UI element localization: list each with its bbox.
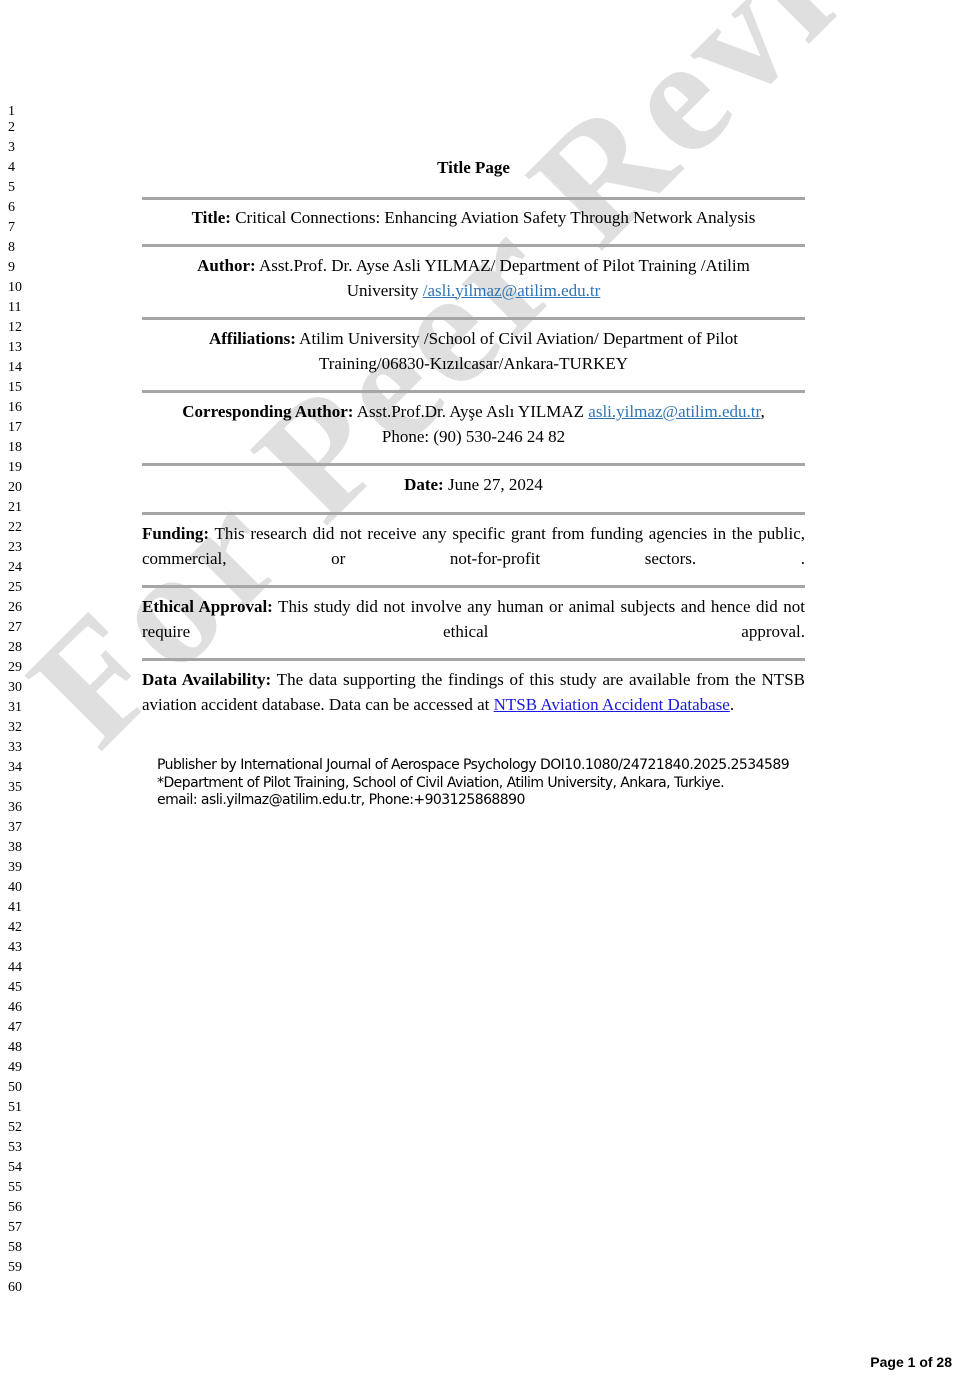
line-number: 4 <box>8 158 38 178</box>
funding-text: This research did not receive any specif… <box>142 524 805 568</box>
punctuation: , <box>760 402 764 421</box>
line-number: 7 <box>8 218 38 238</box>
line-number: 27 <box>8 618 38 638</box>
line-number: 53 <box>8 1138 38 1158</box>
line-number: 6 <box>8 198 38 218</box>
divider <box>142 197 805 200</box>
line-number: 8 <box>8 238 38 258</box>
line-number: 30 <box>8 678 38 698</box>
line-number: 58 <box>8 1238 38 1258</box>
author-text-cont: University <box>347 281 423 300</box>
line-number: 12 <box>8 318 38 338</box>
corresponding-author-email-link[interactable]: asli.yilmaz@atilim.edu.tr <box>588 402 760 421</box>
corresponding-author-text: Asst.Prof.Dr. Ayşe Aslı YILMAZ <box>353 402 588 421</box>
line-number: 52 <box>8 1118 38 1138</box>
line-number: 51 <box>8 1098 38 1118</box>
line-number: 20 <box>8 478 38 498</box>
line-number: 43 <box>8 938 38 958</box>
footnote-contact-line: email: asli.yilmaz@atilim.edu.tr, Phone:… <box>157 792 817 810</box>
affiliations-label: Affiliations: <box>209 329 296 348</box>
line-number: 5 <box>8 178 38 198</box>
line-number: 57 <box>8 1218 38 1238</box>
divider <box>142 512 805 515</box>
line-number: 44 <box>8 958 38 978</box>
line-number: 32 <box>8 718 38 738</box>
line-number: 40 <box>8 878 38 898</box>
funding-label: Funding: <box>142 524 209 543</box>
line-number: 46 <box>8 998 38 1018</box>
line-number: 35 <box>8 778 38 798</box>
line-number: 2 <box>8 118 38 138</box>
affiliations-section: Affiliations: Atilim University /School … <box>142 327 805 376</box>
line-number: 23 <box>8 538 38 558</box>
line-number: 9 <box>8 258 38 278</box>
line-number: 34 <box>8 758 38 778</box>
funding-section: Funding: This research did not receive a… <box>142 522 805 571</box>
divider <box>142 244 805 247</box>
line-number: 22 <box>8 518 38 538</box>
author-section: Author: Asst.Prof. Dr. Ayse Asli YILMAZ/… <box>142 254 805 303</box>
line-number: 26 <box>8 598 38 618</box>
line-number: 41 <box>8 898 38 918</box>
line-number: 3 <box>8 138 38 158</box>
line-number: 50 <box>8 1078 38 1098</box>
line-number: 18 <box>8 438 38 458</box>
date-section: Date: June 27, 2024 <box>142 473 805 498</box>
line-number: 36 <box>8 798 38 818</box>
line-number: 19 <box>8 458 38 478</box>
line-number: 31 <box>8 698 38 718</box>
line-number: 42 <box>8 918 38 938</box>
line-number: 24 <box>8 558 38 578</box>
footnote-department-line: *Department of Pilot Training, School of… <box>157 775 817 793</box>
corresponding-author-phone: Phone: (90) 530-246 24 82 <box>382 427 565 446</box>
line-number: 33 <box>8 738 38 758</box>
line-number: 17 <box>8 418 38 438</box>
divider <box>142 317 805 320</box>
footnote-publisher-line: Publisher by International Journal of Ae… <box>157 757 817 775</box>
line-number: 21 <box>8 498 38 518</box>
page-heading: Title Page <box>142 158 805 178</box>
line-number: 60 <box>8 1278 38 1298</box>
title-section: Title: Critical Connections: Enhancing A… <box>142 206 805 231</box>
ntsb-database-link[interactable]: NTSB Aviation Accident Database <box>494 695 730 714</box>
line-number: 49 <box>8 1058 38 1078</box>
line-number: 1 <box>8 102 38 118</box>
corresponding-author-section: Corresponding Author: Asst.Prof.Dr. Ayşe… <box>142 400 805 449</box>
author-text: Asst.Prof. Dr. Ayse Asli YILMAZ/ Departm… <box>256 256 750 275</box>
publisher-footnote: Publisher by International Journal of Ae… <box>157 757 817 810</box>
affiliations-text: Atilim University /School of Civil Aviat… <box>296 329 738 348</box>
ethical-approval-label: Ethical Approval: <box>142 597 273 616</box>
divider <box>142 585 805 588</box>
data-availability-section: Data Availability: The data supporting t… <box>142 668 805 717</box>
line-number: 39 <box>8 858 38 878</box>
line-number: 29 <box>8 658 38 678</box>
line-number: 11 <box>8 298 38 318</box>
divider <box>142 390 805 393</box>
line-number: 37 <box>8 818 38 838</box>
page-indicator: Page 1 of 28 <box>870 1354 952 1370</box>
line-number: 47 <box>8 1018 38 1038</box>
line-number: 13 <box>8 338 38 358</box>
line-number: 54 <box>8 1158 38 1178</box>
date-label: Date: <box>404 475 444 494</box>
line-number: 38 <box>8 838 38 858</box>
line-number: 14 <box>8 358 38 378</box>
line-number: 56 <box>8 1198 38 1218</box>
author-label: Author: <box>197 256 256 275</box>
ethical-approval-section: Ethical Approval: This study did not inv… <box>142 595 805 644</box>
line-numbers: 1234567891011121314151617181920212223242… <box>8 102 38 1298</box>
line-number: 48 <box>8 1038 38 1058</box>
line-number: 55 <box>8 1178 38 1198</box>
line-number: 45 <box>8 978 38 998</box>
line-number: 59 <box>8 1258 38 1278</box>
line-number: 28 <box>8 638 38 658</box>
line-number: 10 <box>8 278 38 298</box>
title-text: Critical Connections: Enhancing Aviation… <box>231 208 755 227</box>
corresponding-author-label: Corresponding Author: <box>182 402 353 421</box>
punctuation: . <box>730 695 734 714</box>
line-number: 15 <box>8 378 38 398</box>
affiliations-text-cont: Training/06830-Kızılcasar/Ankara-TURKEY <box>319 354 628 373</box>
author-email-link[interactable]: /asli.yilmaz@atilim.edu.tr <box>423 281 601 300</box>
line-number: 25 <box>8 578 38 598</box>
divider <box>142 658 805 661</box>
divider <box>142 463 805 466</box>
date-text: June 27, 2024 <box>444 475 543 494</box>
title-label: Title: <box>192 208 231 227</box>
line-number: 16 <box>8 398 38 418</box>
data-availability-label: Data Availability: <box>142 670 271 689</box>
